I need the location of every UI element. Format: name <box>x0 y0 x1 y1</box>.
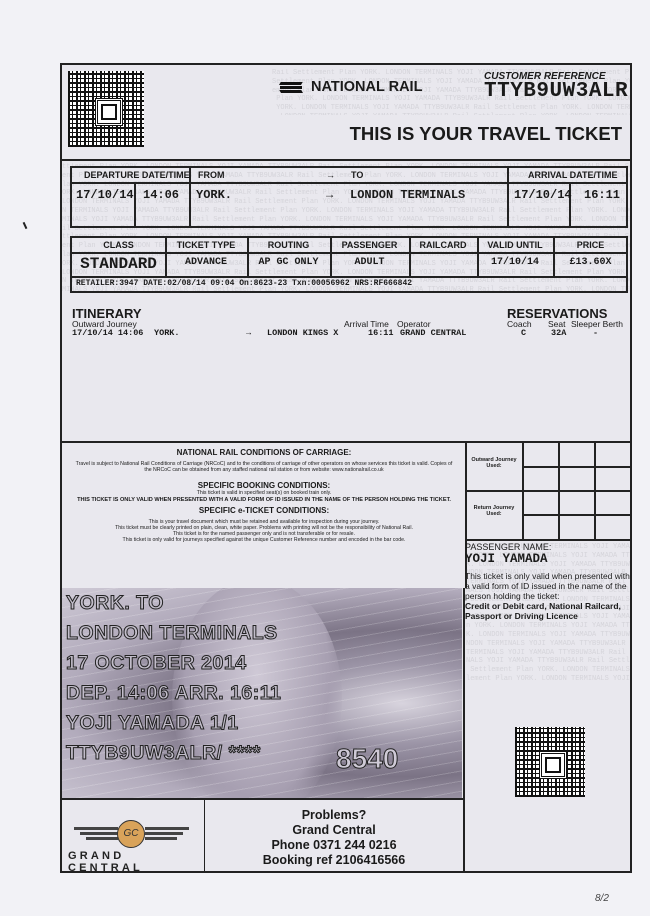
carriage-title: NATIONAL RAIL CONDITIONS OF CARRIAGE: <box>66 448 462 457</box>
eticket-condition: This ticket is only valid for journeys s… <box>66 537 462 543</box>
page: Rail Settlement Plan YORK. LONDON TERMIN… <box>0 0 650 916</box>
ticket-header: PRICE <box>553 240 628 250</box>
qr-code-bottom <box>515 727 585 797</box>
ticket-header: TICKET TYPE <box>165 240 247 250</box>
outward-date-time: 17/10/14 14:06 <box>72 328 143 338</box>
divider <box>72 182 626 184</box>
ticket-value: AP GC ONLY <box>247 257 330 268</box>
outward-arrival-time: 16:11 <box>368 328 394 338</box>
help-booking-ref: Booking ref 2106416566 <box>205 853 463 868</box>
ticket-value: £13.60X <box>553 257 628 268</box>
passenger-name-label: PASSENGER NAME: <box>465 542 631 552</box>
panel-line: YOJI YAMADA 1/1 <box>66 712 239 735</box>
customer-reference: TTYB9UW3ALR <box>484 80 628 103</box>
ticket-value: ADVANCE <box>165 257 247 268</box>
pen-mark <box>23 222 28 229</box>
divider <box>594 443 596 539</box>
to-station: LONDON TERMINALS <box>350 188 465 202</box>
arrow-icon: → <box>326 188 333 202</box>
help-contact: Problems? Grand Central Phone 0371 244 0… <box>205 798 464 871</box>
divider <box>466 490 630 492</box>
divider <box>72 276 626 278</box>
e-ticket: Rail Settlement Plan YORK. LONDON TERMIN… <box>60 63 632 873</box>
seat-value: 32A <box>551 328 566 338</box>
carriage-text: Travel is subject to National Rail Condi… <box>66 461 462 473</box>
arrival-label: ARRIVAL DATE/TIME <box>528 170 618 180</box>
panel-line: DEP. 14:06 ARR. 16:11 <box>66 682 281 705</box>
arrival-date: 17/10/14 <box>514 188 572 202</box>
ticket-header: ROUTING <box>247 240 330 250</box>
passenger-panel: PASSENGER NAME: YOJI YAMADA This ticket … <box>465 542 631 621</box>
ticket-value: ADULT <box>330 257 409 268</box>
wing-icon <box>145 827 189 830</box>
to-label: TO <box>351 170 363 180</box>
ticket-header: RAILCARD <box>409 240 477 250</box>
departure-date: 17/10/14 <box>76 188 134 202</box>
outward-to: LONDON KINGS X <box>267 328 338 338</box>
national-rail-brand: NATIONAL RAIL <box>280 79 422 95</box>
booking-bold-text: THIS TICKET IS ONLY VALID WHEN PRESENTED… <box>66 497 462 503</box>
passenger-name: YOJI YAMADA <box>465 552 631 566</box>
outward-used-label: Outward Journey Used: <box>466 457 522 469</box>
panel-code: 8540 <box>336 743 398 775</box>
id-types: Credit or Debit card, National Railcard,… <box>465 601 631 621</box>
ticket-header: CLASS <box>72 240 165 250</box>
gc-emblem-icon: GC <box>117 820 145 848</box>
divider <box>62 159 630 161</box>
divider <box>72 252 626 254</box>
divider <box>507 168 509 228</box>
handwritten-note: 8/2 <box>595 893 609 904</box>
divider <box>466 539 630 541</box>
arrow-icon: → <box>246 328 251 338</box>
departure-time: 14:06 <box>143 188 179 202</box>
panel-line: YORK. TO <box>66 592 164 615</box>
booking-title: SPECIFIC BOOKING CONDITIONS: <box>66 481 462 490</box>
panel-line: TTYB9UW3ALR/ **** <box>66 742 261 765</box>
wing-icon <box>145 837 177 840</box>
divider <box>134 182 136 228</box>
help-line: Problems? <box>205 808 463 823</box>
journey-box: DEPARTURE DATE/TIME FROM → TO ARRIVAL DA… <box>70 166 628 228</box>
eticket-title: SPECIFIC e-TICKET CONDITIONS: <box>66 506 462 515</box>
divider <box>522 514 630 516</box>
conditions-text: NATIONAL RAIL CONDITIONS OF CARRIAGE: Tr… <box>66 448 462 544</box>
from-label: FROM <box>198 170 225 180</box>
arrival-time: 16:11 <box>584 188 620 202</box>
departure-label: DEPARTURE DATE/TIME <box>84 170 190 180</box>
double-arrow-logo-icon <box>280 80 302 94</box>
qr-code-top <box>68 71 144 147</box>
id-requirement: This ticket is only valid when presented… <box>465 571 631 601</box>
divider <box>522 443 524 539</box>
wing-icon <box>145 832 183 835</box>
journey-used-grid: Outward Journey Used: Return Journey Use… <box>466 443 630 541</box>
grand-central-logo: GC GRAND CENTRAL <box>62 798 205 871</box>
wing-icon <box>86 837 118 840</box>
berth-value: - <box>593 328 598 338</box>
ticket-header: VALID UNTIL <box>477 240 553 250</box>
outward-operator: GRAND CENTRAL <box>400 328 466 338</box>
page-title: THIS IS YOUR TRAVEL TICKET <box>350 123 622 145</box>
panel-line: 17 OCTOBER 2014 <box>66 652 247 675</box>
coach-value: C <box>521 328 526 338</box>
return-used-label: Return Journey Used: <box>466 505 522 517</box>
divider <box>558 443 560 539</box>
panel-line: LONDON TERMINALS <box>66 622 278 645</box>
coach-label: Coach <box>507 319 532 329</box>
wing-icon <box>80 832 118 835</box>
wing-icon <box>74 827 118 830</box>
operator-logo-text: GRAND CENTRAL <box>68 850 204 874</box>
ticket-details-box: CLASSSTANDARDTICKET TYPEADVANCEROUTINGAP… <box>70 236 628 293</box>
ticket-value: 17/10/14 <box>477 257 553 268</box>
divider <box>522 466 630 468</box>
ticket-header: PASSENGER <box>330 240 409 250</box>
ticket-value: STANDARD <box>72 255 165 273</box>
brand-name: NATIONAL RAIL <box>311 79 422 95</box>
help-phone: Phone 0371 244 0216 <box>205 838 463 853</box>
arrow-icon: → <box>326 170 335 180</box>
outward-from: YORK. <box>154 328 180 338</box>
visual-security-panel: YORK. TOLONDON TERMINALS17 OCTOBER 2014D… <box>62 588 462 798</box>
from-station: YORK. <box>196 188 232 202</box>
help-line: Grand Central <box>205 823 463 838</box>
retailer-line: RETAILER:3947 DATE:02/08/14 09:04 On:862… <box>76 279 412 288</box>
